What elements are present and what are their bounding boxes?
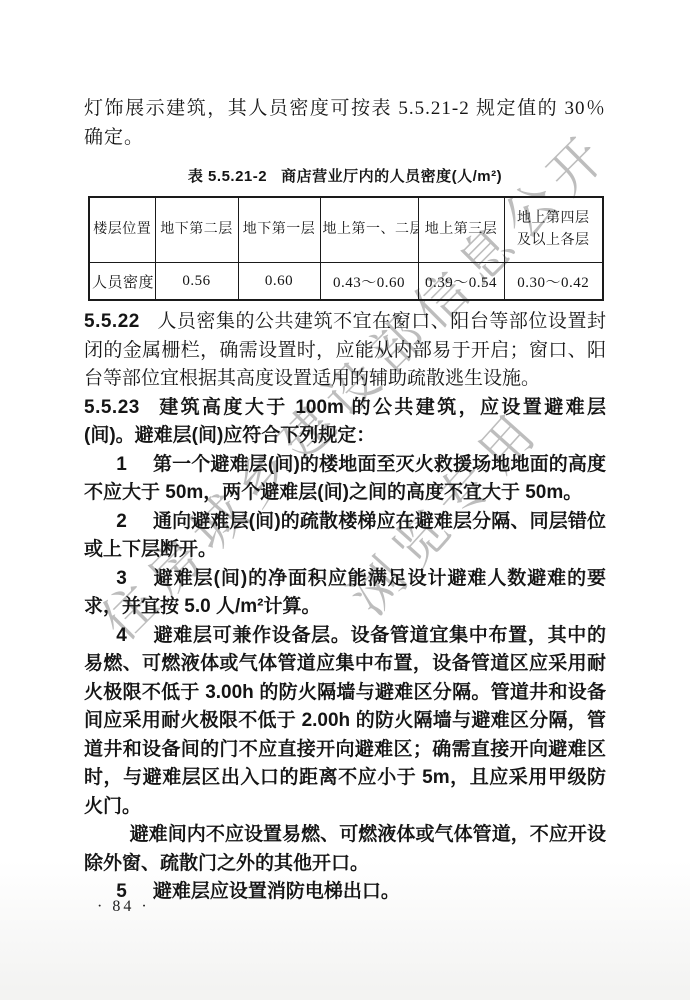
item-text: 避难层(间)的净面积应能满足设计避难人数避难的要求，并宜按 5.0 人/m²计算… (84, 568, 606, 618)
table-row-label: 人员密度 (89, 263, 155, 301)
table-cell: 0.60 (238, 263, 320, 301)
table-data-row: 人员密度 0.56 0.60 0.43～0.60 0.39～0.54 0.30～… (89, 263, 603, 301)
list-item-4: 4避难层可兼作设备层。设备管道宜集中布置，其中的易燃、可燃液体或气体管道应集中布… (84, 622, 606, 822)
table-caption-title: 商店营业厅内的人员密度(人/m²) (281, 168, 502, 185)
item-text: 避难层可兼作设备层。设备管道宜集中布置，其中的易燃、可燃液体或气体管道应集中布置… (84, 625, 606, 817)
table-header-cell: 地上第一、二层 (320, 197, 418, 263)
clause-number: 5.5.22 (84, 311, 140, 332)
item-number: 1 (116, 454, 127, 475)
table-header-row: 楼层位置 地下第二层 地下第一层 地上第一、二层 地上第三层 地上第四层及以上各… (89, 197, 603, 263)
item-text: 第一个避难层(间)的楼地面至灭火救援场地地面的高度不应大于 50m，两个避难层(… (84, 454, 606, 504)
clause-text: 建筑高度大于 100m 的公共建筑，应设置避难层(间)。避难层(间)应符合下列规… (84, 397, 606, 447)
page-content: 灯饰展示建筑，其人员密度可按表 5.5.21-2 规定值的 30％确定。 表 5… (84, 95, 606, 907)
clause-5-5-22: 5.5.22人员密集的公共建筑不宜在窗口、阳台等部位设置封闭的金属栅栏，确需设置… (84, 308, 606, 394)
item-text: 通向避难层(间)的疏散楼梯应在避难层分隔、同层错位或上下层断开。 (84, 511, 606, 561)
table-cell: 0.30～0.42 (504, 263, 603, 301)
document-page: 住房城乡建设部信息公开 浏览专用 灯饰展示建筑，其人员密度可按表 5.5.21-… (0, 0, 690, 1000)
page-number: · 84 · (97, 898, 150, 916)
clause-number: 5.5.23 (84, 397, 140, 418)
table-caption-label: 表 5.5.21-2 (188, 168, 267, 185)
table-cell: 0.56 (155, 263, 238, 301)
item-number: 3 (116, 568, 127, 589)
item-text: 避难间内不应设置易燃、可燃液体或气体管道，不应开设除外窗、疏散门之外的其他开口。 (84, 824, 606, 874)
clause-5-5-23: 5.5.23建筑高度大于 100m 的公共建筑，应设置避难层(间)。避难层(间)… (84, 394, 606, 451)
item-number: 4 (116, 625, 127, 646)
list-item-2: 2通向避难层(间)的疏散楼梯应在避难层分隔、同层错位或上下层断开。 (84, 508, 606, 565)
list-item-1: 1第一个避难层(间)的楼地面至灭火救援场地地面的高度不应大于 50m，两个避难层… (84, 451, 606, 508)
density-table: 楼层位置 地下第二层 地下第一层 地上第一、二层 地上第三层 地上第四层及以上各… (88, 196, 604, 301)
table-header-cell: 地下第一层 (238, 197, 320, 263)
list-item-4-continuation: 避难间内不应设置易燃、可燃液体或气体管道，不应开设除外窗、疏散门之外的其他开口。 (84, 821, 606, 878)
intro-paragraph: 灯饰展示建筑，其人员密度可按表 5.5.21-2 规定值的 30％确定。 (84, 95, 606, 152)
table-caption: 表 5.5.21-2商店营业厅内的人员密度(人/m²) (84, 165, 606, 186)
table-header-cell: 地上第三层 (418, 197, 504, 263)
table-header-cell: 地上第四层及以上各层 (504, 197, 603, 263)
list-item-3: 3避难层(间)的净面积应能满足设计避难人数避难的要求，并宜按 5.0 人/m²计… (84, 565, 606, 622)
clause-text: 人员密集的公共建筑不宜在窗口、阳台等部位设置封闭的金属栅栏，确需设置时，应能从内… (84, 311, 606, 389)
table-cell: 0.43～0.60 (320, 263, 418, 301)
table-header-cell: 地下第二层 (155, 197, 238, 263)
list-item-5: 5避难层应设置消防电梯出口。 (84, 878, 606, 907)
table-header-cell: 楼层位置 (89, 197, 155, 263)
item-text: 避难层应设置消防电梯出口。 (153, 881, 400, 902)
item-number: 2 (116, 511, 127, 532)
table-cell: 0.39～0.54 (418, 263, 504, 301)
